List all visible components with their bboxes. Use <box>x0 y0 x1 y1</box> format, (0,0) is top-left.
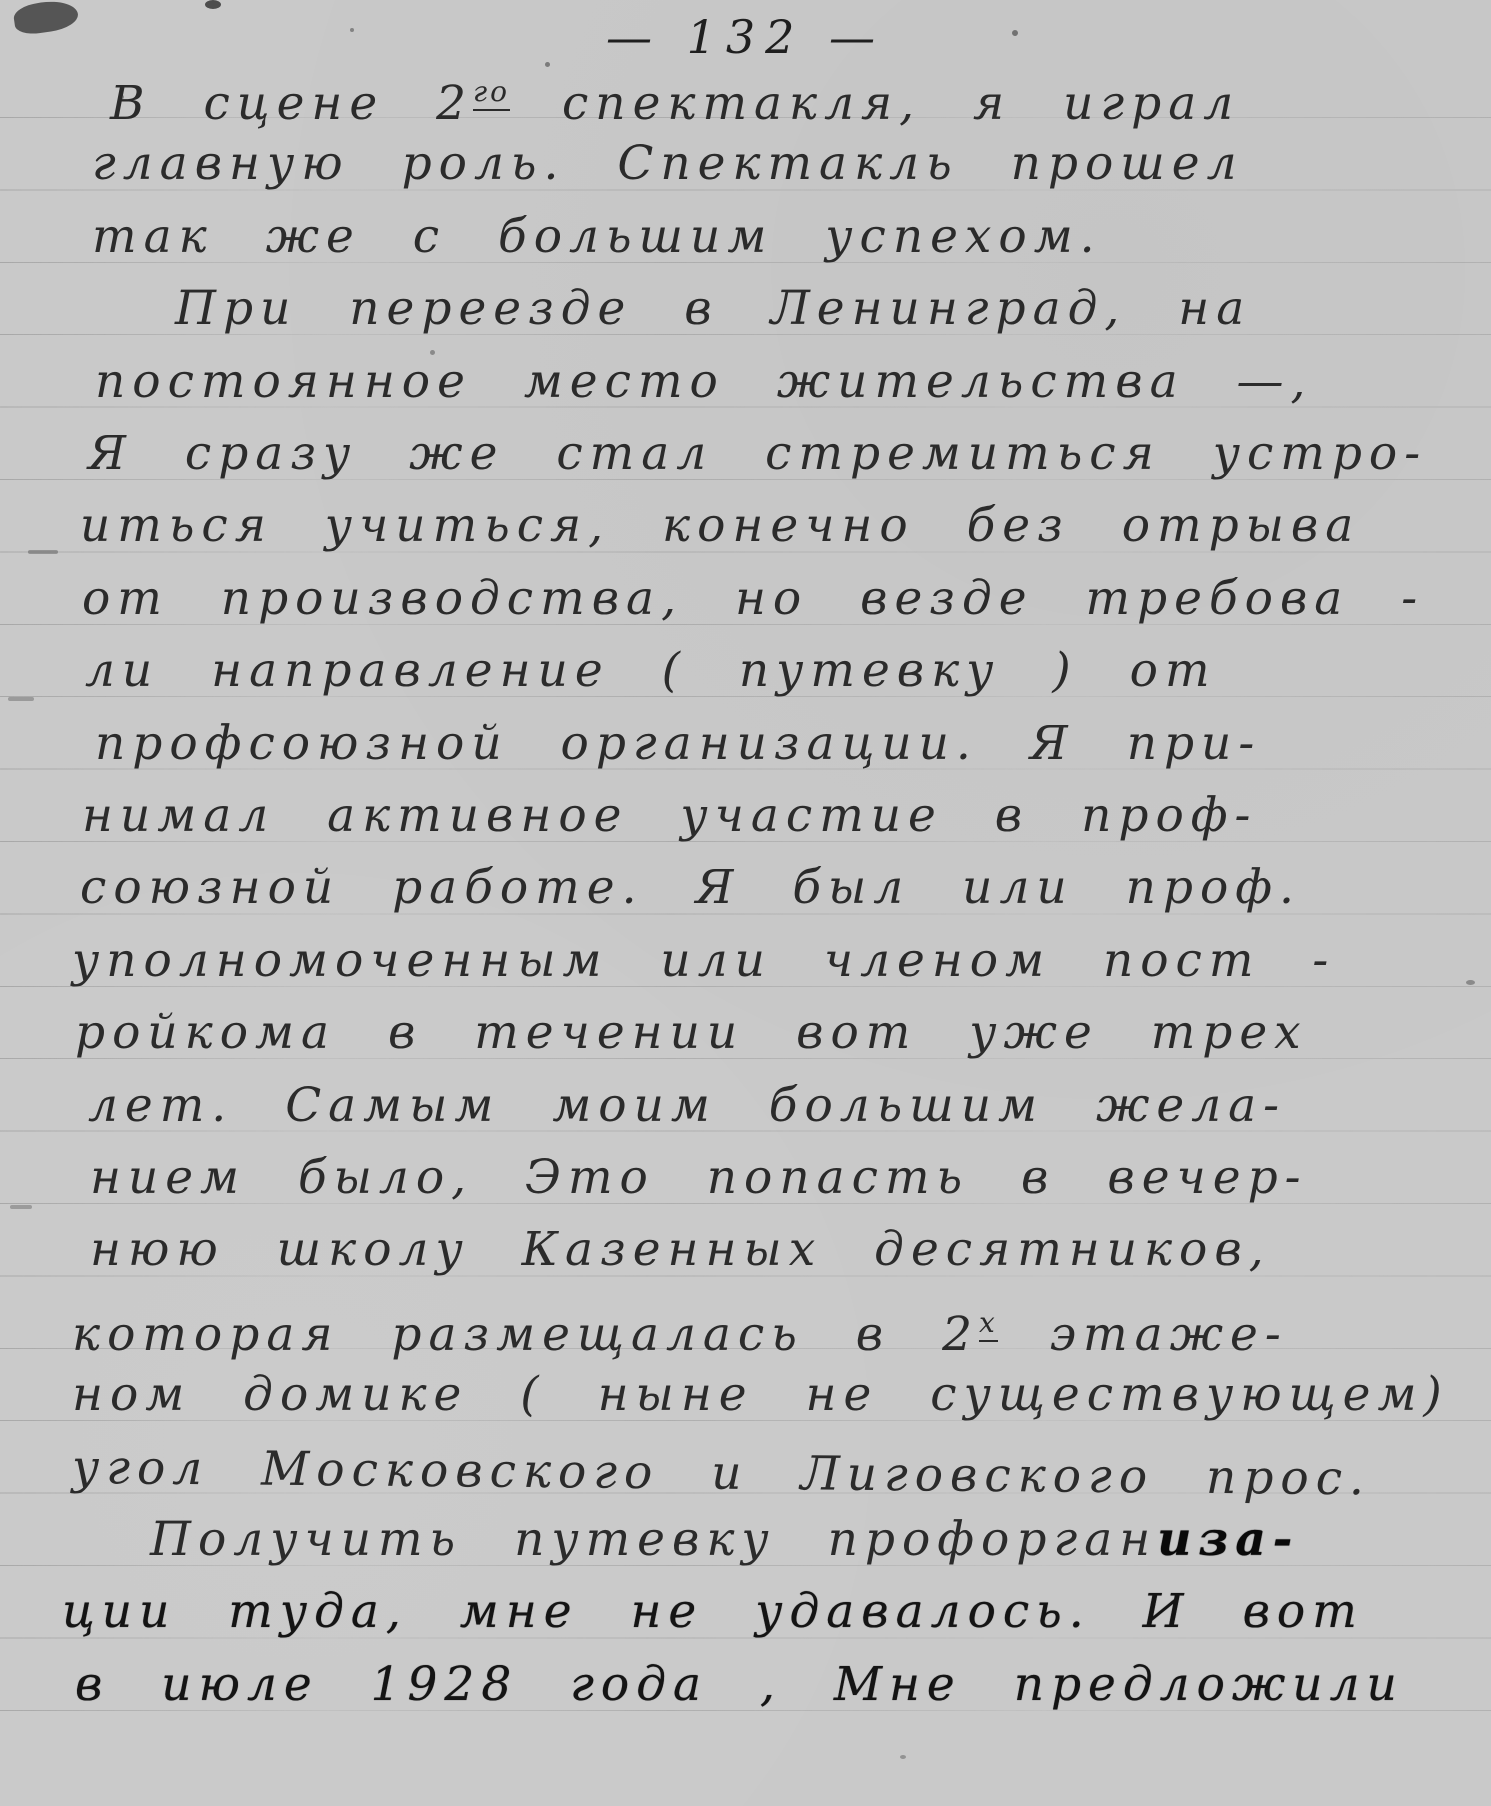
line-text: ли направление ( путевку ) от <box>85 643 1217 698</box>
line-text: этаже- <box>998 1307 1288 1362</box>
ink-speck <box>120 95 124 99</box>
ink-speck <box>350 28 354 32</box>
line-text: спектакля, я играл <box>510 76 1240 131</box>
overwritten-text: иза- <box>1157 1512 1299 1567</box>
line-text: союзной работе. Я был или проф. <box>80 860 1301 915</box>
line-text: нимал активное участие в проф- <box>82 788 1257 843</box>
manuscript-line: угол Московского и Лиговского прос. <box>72 1438 1371 1509</box>
margin-rule-mark <box>10 1205 32 1209</box>
manuscript-line: ции туда, мне не удавалось. И вот <box>62 1582 1364 1642</box>
manuscript-line: нимал активное участие в проф- <box>82 786 1257 846</box>
manuscript-line: уполномоченным или членом пост - <box>72 931 1335 991</box>
line-text: лет. Самым моим большим жела- <box>88 1078 1286 1133</box>
manuscript-line: ном домике ( ныне не существующем) <box>72 1365 1449 1425</box>
line-text: так же с большим успехом. <box>92 209 1102 264</box>
superscript-text: х <box>979 1306 998 1342</box>
manuscript-line: постоянное место жительства —, <box>95 352 1313 412</box>
manuscript-line: лет. Самым моим большим жела- <box>88 1076 1286 1136</box>
line-text: иться учиться, конечно без отрыва <box>80 498 1360 553</box>
manuscript-line: в июле 1928 года , Мне предложили <box>75 1655 1404 1715</box>
manuscript-line: Я сразу же стал стремиться устро- <box>88 424 1427 484</box>
ink-speck <box>900 1755 906 1759</box>
line-text: В сцене 2 <box>110 76 473 131</box>
line-text: нием было, Это попасть в вечер- <box>90 1150 1308 1205</box>
line-text: ции туда, мне не удавалось. И вот <box>62 1584 1364 1639</box>
line-text: Я сразу же стал стремиться устро- <box>88 426 1427 481</box>
line-text: ном домике ( ныне не существующем) <box>72 1367 1449 1422</box>
manuscript-line: ли направление ( путевку ) от <box>85 641 1217 701</box>
manuscript-line: профсоюзной организации. Я при- <box>95 714 1261 774</box>
superscript-text: го <box>473 75 510 111</box>
line-text: главную роль. Спектакль прошел <box>92 136 1244 191</box>
line-text: профсоюзной организации. Я при- <box>95 716 1261 771</box>
manuscript-line: союзной работе. Я был или проф. <box>80 858 1301 918</box>
line-text: угол Московского и Лиговского прос. <box>72 1440 1371 1506</box>
ink-speck <box>430 350 435 355</box>
margin-rule-mark <box>28 550 58 554</box>
page-number: — 132 — <box>0 10 1491 64</box>
line-text: ройкома в течении вот уже трех <box>75 1005 1308 1060</box>
manuscript-line: Получить путевку профорганиза- <box>150 1510 1299 1570</box>
line-text: Получить путевку профорган <box>150 1512 1157 1567</box>
line-text: постоянное место жительства —, <box>95 354 1313 409</box>
manuscript-line: от производства, но везде требова - <box>82 569 1424 629</box>
ink-speck <box>205 0 221 9</box>
manuscript-line: нием было, Это попасть в вечер- <box>90 1148 1308 1208</box>
ink-speck <box>1012 30 1018 36</box>
line-text: в июле 1928 года , Мне предложили <box>75 1657 1404 1712</box>
line-text: уполномоченным или членом пост - <box>72 933 1335 988</box>
margin-rule-mark <box>8 697 34 701</box>
manuscript-line: ройкома в течении вот уже трех <box>75 1003 1308 1063</box>
line-text: нюю школу Казенных десятников, <box>90 1222 1271 1277</box>
manuscript-line: В сцене 2го спектакля, я играл <box>110 62 1240 134</box>
line-text: от производства, но везде требова - <box>82 571 1424 626</box>
manuscript-line: При переезде в Ленинград, на <box>175 279 1251 339</box>
manuscript-line: иться учиться, конечно без отрыва <box>80 496 1360 556</box>
line-text: которая размещалась в 2 <box>72 1307 979 1362</box>
manuscript-page: — 132 — В сцене 2го спектакля, я играл г… <box>0 0 1491 1806</box>
ink-speck <box>1466 980 1475 985</box>
manuscript-line: нюю школу Казенных десятников, <box>90 1220 1271 1280</box>
manuscript-line: главную роль. Спектакль прошел <box>92 134 1244 194</box>
line-text: При переезде в Ленинград, на <box>175 281 1251 336</box>
manuscript-line: так же с большим успехом. <box>92 207 1102 267</box>
manuscript-line: которая размещалась в 2х этаже- <box>72 1293 1288 1365</box>
ink-speck <box>545 62 550 67</box>
